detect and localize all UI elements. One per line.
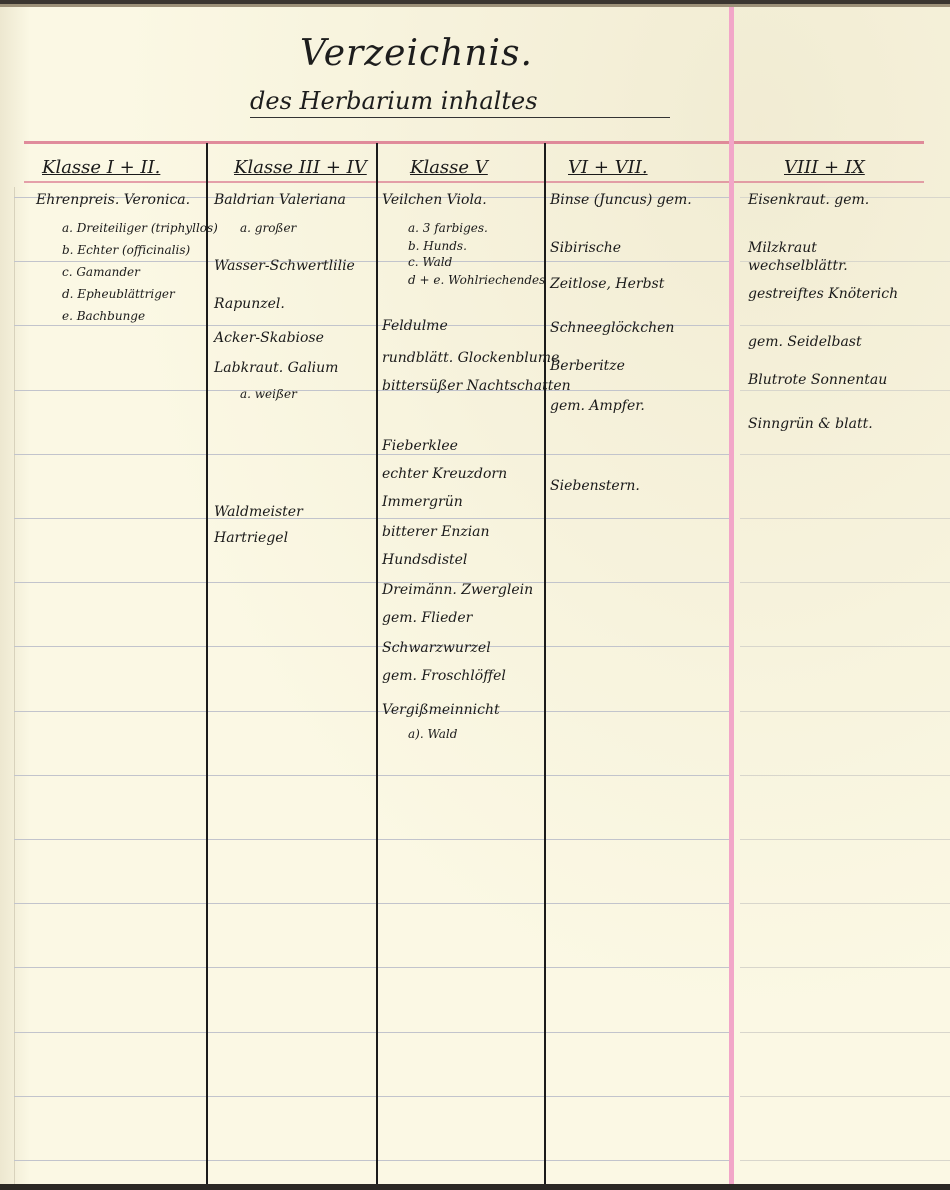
ruled-line	[14, 261, 729, 262]
ruled-line	[740, 454, 950, 455]
herbarium-entry: d. Epheublättriger	[36, 285, 175, 303]
ruled-line	[14, 1160, 729, 1161]
ruled-line	[740, 390, 950, 391]
herbarium-entry: bitterer Enzian	[382, 523, 490, 541]
herbarium-entry: c. Wald	[382, 253, 452, 271]
header-top-rule	[24, 141, 924, 144]
ruled-line	[14, 903, 729, 904]
ruled-line	[14, 454, 729, 455]
ruled-line	[740, 1160, 950, 1161]
ruled-line	[14, 1032, 729, 1033]
herbarium-entry: Binse (Juncus) gem.	[550, 191, 692, 209]
herbarium-entry: gem. Ampfer.	[550, 397, 645, 415]
herbarium-entry: Ehrenpreis. Veronica.	[36, 191, 190, 209]
column-class-3-4: Klasse III + IV Baldrian Valerianaa. gro…	[214, 147, 376, 185]
herbarium-entry: Eisenkraut. gem.	[748, 191, 869, 209]
ruled-line	[740, 325, 950, 326]
ruled-line	[14, 390, 729, 391]
ruled-line	[740, 1032, 950, 1033]
herbarium-entry: a. 3 farbiges.	[382, 219, 488, 237]
ruled-line	[740, 839, 950, 840]
ruled-line	[14, 839, 729, 840]
herbarium-entry: bittersüßer Nachtschatten	[382, 377, 571, 395]
column-class-8-9: VIII + IX Eisenkraut. gem.Milzkrautwechs…	[748, 147, 948, 185]
herbarium-entry: Baldrian Valeriana	[214, 191, 346, 209]
herbarium-entry: Siebenstern.	[550, 477, 640, 495]
herbarium-entry: a). Wald	[382, 725, 457, 743]
page-subtitle: des Herbarium inhaltes	[250, 87, 670, 118]
column-header: VIII + IX	[748, 147, 948, 185]
herbarium-entry: Veilchen Viola.	[382, 191, 487, 209]
ruled-line	[740, 775, 950, 776]
herbarium-entry: a. großer	[214, 219, 296, 237]
column-header: Klasse III + IV	[214, 147, 376, 185]
herbarium-entry: Labkraut. Galium	[214, 359, 338, 377]
herbarium-entry: gestreiftes Knöterich	[748, 285, 898, 303]
notebook-page: Verzeichnis. des Herbarium inhaltes Klas…	[0, 4, 950, 1184]
column-header: VI + VII.	[550, 147, 728, 185]
herbarium-entry: d + e. Wohlriechendes	[382, 271, 545, 289]
herbarium-entry: rundblätt. Glockenblume	[382, 349, 559, 367]
ruled-line	[740, 711, 950, 712]
column-class-1-2: Klasse I + II. Ehrenpreis. Veronica.a. D…	[36, 147, 208, 185]
herbarium-entry: Feldulme	[382, 317, 448, 335]
herbarium-entry: Wasser-Schwertlilie	[214, 257, 355, 275]
herbarium-entry: Berberitze	[550, 357, 625, 375]
herbarium-entry: Hundsdistel	[382, 551, 467, 569]
ruled-line	[14, 967, 729, 968]
herbarium-entry: gem. Froschlöffel	[382, 667, 506, 685]
herbarium-entry: Milzkraut	[748, 239, 817, 257]
column-divider-2	[376, 143, 378, 1189]
herbarium-entry: Waldmeister	[214, 503, 303, 521]
column-divider-3	[544, 143, 546, 1189]
herbarium-entry: gem. Flieder	[382, 609, 472, 627]
page-title: Verzeichnis.	[300, 33, 600, 74]
herbarium-entry: Vergißmeinnicht	[382, 701, 500, 719]
ruled-line	[14, 1096, 729, 1097]
herbarium-entry: Dreimänn. Zwerglein	[382, 581, 533, 599]
herbarium-entry: Sibirische	[550, 239, 621, 257]
column-header: Klasse V	[382, 147, 542, 185]
scan-bottom-edge	[0, 1184, 950, 1190]
ruled-line	[740, 903, 950, 904]
herbarium-entry: Immergrün	[382, 493, 463, 511]
herbarium-entry: Schwarzwurzel	[382, 639, 491, 657]
herbarium-entry: gem. Seidelbast	[748, 333, 862, 351]
herbarium-entry: wechselblättr.	[748, 257, 848, 275]
herbarium-entry: echter Kreuzdorn	[382, 465, 507, 483]
ruled-line	[14, 775, 729, 776]
ruled-line	[14, 646, 729, 647]
column-divider-1	[206, 143, 208, 1189]
herbarium-entry: Hartriegel	[214, 529, 288, 547]
pink-margin-line	[729, 7, 734, 1187]
ruled-line	[14, 582, 729, 583]
herbarium-entry: e. Bachbunge	[36, 307, 145, 325]
ruled-line	[740, 518, 950, 519]
column-class-6-7: VI + VII. Binse (Juncus) gem.SibirischeZ…	[550, 147, 728, 185]
herbarium-entry: Zeitlose, Herbst	[550, 275, 664, 293]
herbarium-entry: Fieberklee	[382, 437, 458, 455]
herbarium-entry: Rapunzel.	[214, 295, 285, 313]
column-header: Klasse I + II.	[36, 147, 208, 185]
column-class-5: Klasse V Veilchen Viola.a. 3 farbiges.b.…	[382, 147, 542, 185]
ruled-line	[14, 711, 729, 712]
herbarium-entry: a. Dreiteiliger (triphyllos)	[36, 219, 218, 237]
ruled-line	[740, 646, 950, 647]
herbarium-entry: Schneeglöckchen	[550, 319, 674, 337]
ruled-line	[740, 582, 950, 583]
ruled-line	[14, 518, 729, 519]
herbarium-entry: b. Echter (officinalis)	[36, 241, 190, 259]
ruled-line	[740, 1096, 950, 1097]
herbarium-entry: c. Gamander	[36, 263, 140, 281]
herbarium-entry: a. weißer	[214, 385, 297, 403]
herbarium-entry: Blutrote Sonnentau	[748, 371, 887, 389]
ruled-line	[740, 967, 950, 968]
herbarium-entry: Sinngrün & blatt.	[748, 415, 873, 433]
left-margin-line	[14, 187, 15, 1187]
herbarium-entry: Acker-Skabiose	[214, 329, 324, 347]
